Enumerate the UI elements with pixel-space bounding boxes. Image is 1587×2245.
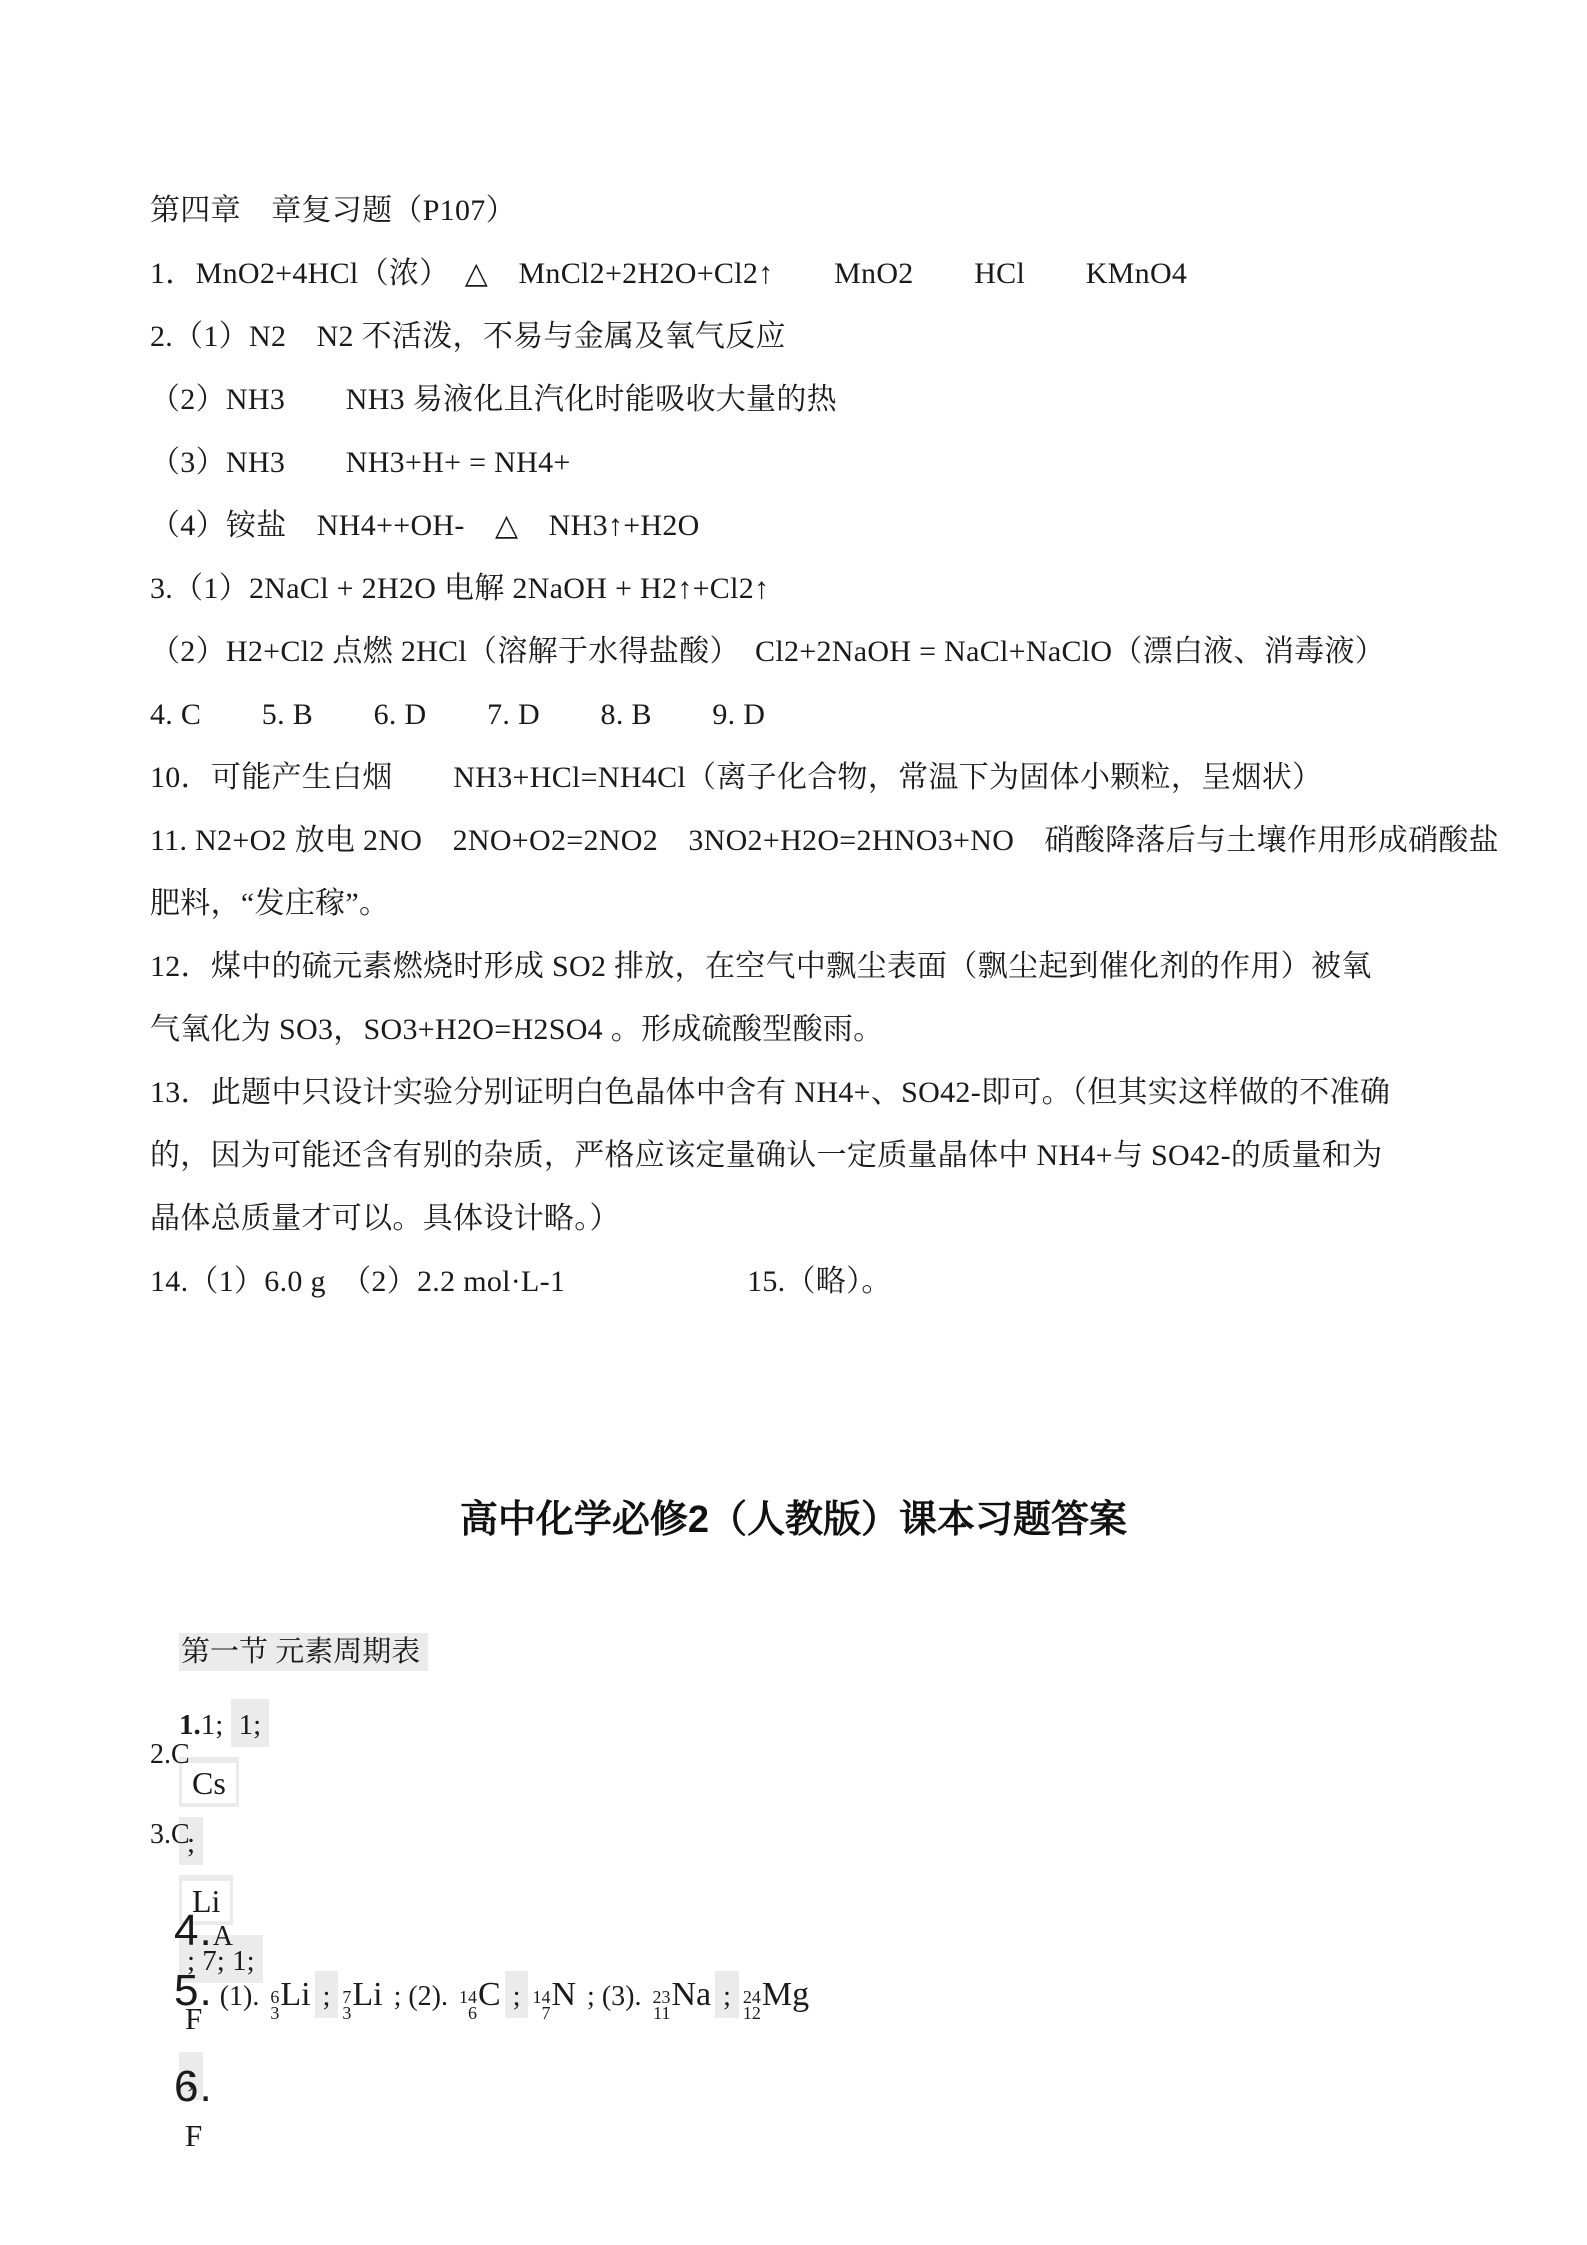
answer-line: 10．可能产生白烟 NH3+HCl=NH4Cl（离子化合物，常温下为固体小颗粒，… (150, 746, 1550, 809)
chapter-title: 第四章 章复习题（P107） (150, 179, 1550, 242)
q1-number: 1. (179, 1709, 201, 1741)
answer-line: 13．此题中只设计实验分别证明白色晶体中含有 NH4+、SO42-即可。（但其实… (150, 1061, 1550, 1124)
document-page: 第四章 章复习题（P107） 1．MnO2+4HCl（浓） △ MnCl2+2H… (0, 0, 1587, 2245)
isotope-na23: 2311Na (652, 1970, 711, 2022)
book-answers-heading: 高中化学必修2（人教版）课本习题答案 (0, 1494, 1587, 1546)
q6-number: 6. (174, 2062, 213, 2111)
isotope-li6: 63Li (270, 1970, 310, 2022)
answer-line: 气氧化为 SO3，SO3+H2O=H2SO4 。形成硫酸型酸雨。 (150, 998, 1550, 1061)
q5-separator: ; (715, 1971, 739, 2018)
element-symbol: Na (671, 1976, 711, 2013)
answer-line: （2）NH3 NH3 易液化且汽化时能吸收大量的热 (150, 368, 1550, 431)
answer-line: （4）铵盐 NH4++OH- △ NH3↑+H2O (150, 494, 1550, 557)
answer-line: 肥料，“发庄稼”。 (150, 872, 1550, 935)
isotope-mg24: 2412Mg (743, 1970, 809, 2022)
answer-line: 的，因为可能还含有别的杂质，严格应该定量确认一定质量晶体中 NH4+与 SO42… (150, 1124, 1550, 1187)
atomic-number: 12 (743, 2005, 761, 2021)
q1-highlight-token: 1; (231, 1699, 270, 1747)
isotope-li7: 73Li (342, 1970, 382, 2022)
question-5-answer: 5. (1). 63Li;73Li ; (2). 146C;147N ; (3)… (146, 1916, 813, 2072)
answer-line: （2）H2+Cl2 点燃 2HCl（溶解于水得盐酸） Cl2+2NaOH = N… (150, 620, 1550, 683)
atomic-number: 6 (468, 2005, 477, 2021)
q5-separator: ; (315, 1971, 339, 2018)
q1-text: 1; (201, 1709, 231, 1741)
atomic-number: 7 (541, 2005, 550, 2021)
chapter-review-section: 第四章 章复习题（P107） 1．MnO2+4HCl（浓） △ MnCl2+2H… (150, 179, 1550, 1313)
isotope-c14: 146C (459, 1970, 501, 2022)
answer-line: 晶体总质量才可以。具体设计略。） (150, 1187, 1550, 1250)
atomic-number: 3 (342, 2005, 351, 2021)
question-6-number: 6. (146, 2012, 213, 2168)
element-symbol: Li (352, 1976, 382, 2013)
answer-line: 3.（1）2NaCl + 2H2O 电解 2NaOH + H2↑+Cl2↑ (150, 557, 1550, 620)
answer-line: 11. N2+O2 放电 2NO 2NO+O2=2NO2 3NO2+H2O=2H… (150, 809, 1550, 872)
element-symbol: Li (280, 1976, 310, 2013)
element-symbol: C (478, 1976, 501, 2013)
q5-part-label: ; (2). (387, 1981, 455, 2012)
q5-part-label: ; (3). (580, 1981, 648, 2012)
answer-line: 4. C 5. B 6. D 7. D 8. B 9. D (150, 683, 1550, 746)
atomic-number: 11 (653, 2005, 670, 2021)
isotope-n14: 147N (532, 1970, 576, 2022)
q5-separator: ; (505, 1971, 529, 2018)
q5-number: 5. (174, 1966, 213, 2015)
answer-line: 2.（1）N2 N2 不活泼，不易与金属及氧气反应 (150, 305, 1550, 368)
q5-part-label: (1). (213, 1981, 267, 2012)
element-symbol: N (551, 1976, 576, 2013)
q1-element-cs: Cs (182, 1763, 236, 1803)
answer-line: 1．MnO2+4HCl（浓） △ MnCl2+2H2O+Cl2↑ MnO2 HC… (150, 242, 1550, 305)
question-3-answer: 3.C (150, 1818, 190, 1852)
question-2-answer: 2.C (150, 1738, 190, 1772)
answer-line: 12．煤中的硫元素燃烧时形成 SO2 排放，在空气中飘尘表面（飘尘起到催化剂的作… (150, 935, 1550, 998)
atomic-number: 3 (270, 2005, 279, 2021)
element-symbol: Mg (762, 1976, 809, 2013)
answer-line: 14.（1）6.0 g （2）2.2 mol·L-1 15.（略）。 (150, 1250, 1550, 1313)
answer-line: （3）NH3 NH3+H+ = NH4+ (150, 431, 1550, 494)
